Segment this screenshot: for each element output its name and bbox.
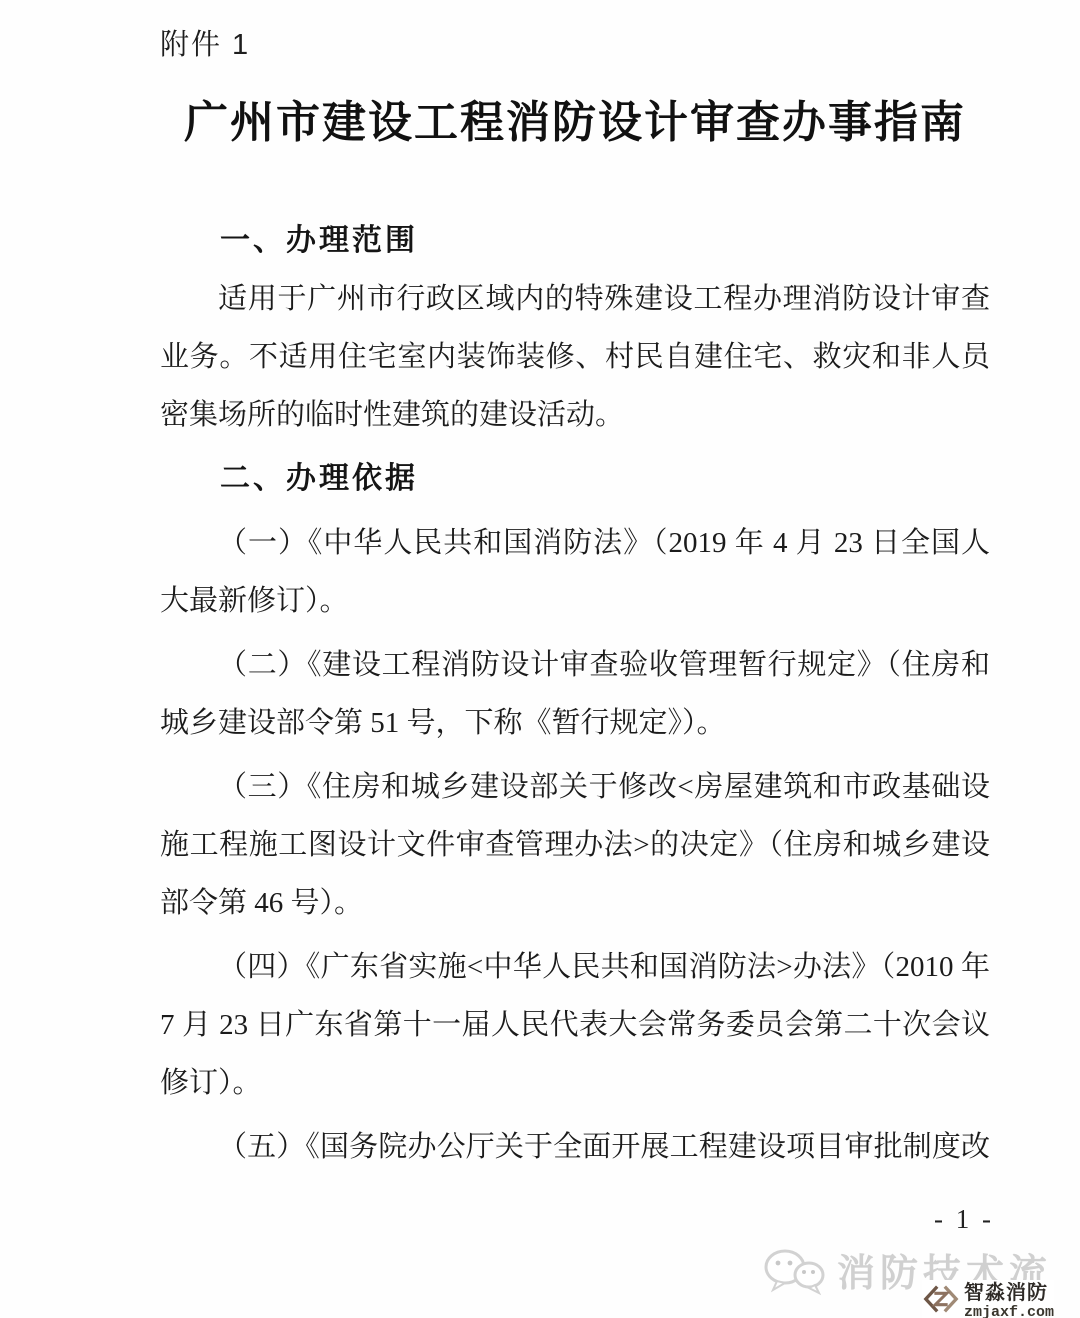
section-heading-scope: 一、办理范围 (160, 212, 990, 270)
body-line: （二）《建设工程消防设计审查验收管理暂行规定》（住房和 (160, 636, 990, 694)
document-title: 广州市建设工程消防设计审查办事指南 (160, 98, 990, 148)
body-line: 大最新修订）。 (160, 572, 990, 630)
attachment-label: 附件 1 (160, 28, 990, 62)
body-line: 部令第 46 号）。 (160, 874, 990, 932)
body-line: 城乡建设部令第 51 号，下称《暂行规定》）。 (160, 694, 990, 752)
body-line: （五）《国务院办公厅关于全面开展工程建设项目审批制度改 (160, 1118, 990, 1176)
body-line: （三）《住房和城乡建设部关于修改<房屋建筑和市政基础设 (160, 758, 990, 816)
body-line: 密集场所的临时性建筑的建设活动。 (160, 386, 990, 444)
body-line: （四）《广东省实施<中华人民共和国消防法>办法》（2010 年 (160, 938, 990, 996)
body-line: （一）《中华人民共和国消防法》（2019 年 4 月 23 日全国人 (160, 514, 990, 572)
document-page: 附件 1 广州市建设工程消防设计审查办事指南 一、办理范围 适用于广州市行政区域… (0, 0, 1080, 1318)
body-line: 7 月 23 日广东省第十一届人民代表大会常务委员会第二十次会议 (160, 996, 990, 1054)
brand-domain: zmjaxf.com (964, 1305, 1054, 1318)
brand-logo: 智淼消防 zmjaxf.com (922, 1280, 1054, 1318)
page-number: - 1 - (934, 1204, 994, 1235)
body-line: 修订）。 (160, 1054, 990, 1112)
body-line: 适用于广州市行政区域内的特殊建设工程办理消防设计审查 (160, 270, 990, 328)
section-heading-basis: 二、办理依据 (160, 450, 990, 508)
document-content: 附件 1 广州市建设工程消防设计审查办事指南 一、办理范围 适用于广州市行政区域… (160, 28, 990, 1176)
brand-name: 智淼消防 (964, 1283, 1054, 1303)
wechat-icon (763, 1246, 827, 1301)
body-line: 业务。不适用住宅室内装饰装修、村民自建住宅、救灾和非人员 (160, 328, 990, 386)
body-line: 施工程施工图设计文件审查管理办法>的决定》（住房和城乡建设 (160, 816, 990, 874)
diamond-logo-icon (922, 1280, 960, 1318)
